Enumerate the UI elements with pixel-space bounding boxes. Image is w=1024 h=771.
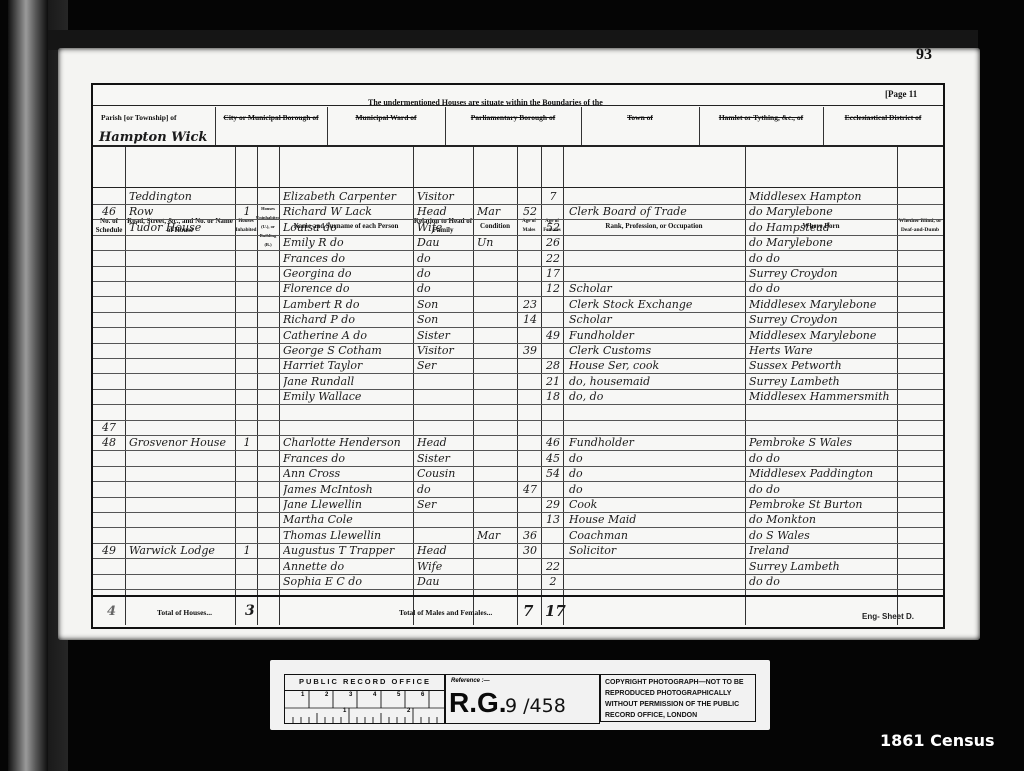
where-born-cell: do Monkton bbox=[749, 512, 895, 527]
condition-cell bbox=[477, 466, 515, 481]
ruler-mark: 3 bbox=[349, 692, 352, 698]
schedule-cell bbox=[95, 297, 123, 312]
age-male-cell bbox=[520, 281, 540, 296]
schedule-cell bbox=[95, 251, 123, 266]
name-cell: Frances do bbox=[283, 451, 411, 466]
age-male-cell bbox=[520, 374, 540, 389]
relation-cell: Wife bbox=[417, 559, 471, 574]
office-name: PUBLIC RECORD OFFICE bbox=[285, 677, 445, 686]
condition-cell bbox=[477, 220, 515, 235]
condition-cell: Mar bbox=[477, 204, 515, 219]
house-cell: Row bbox=[129, 204, 233, 219]
house-cell bbox=[129, 251, 233, 266]
census-row: Frances dodo22do do bbox=[93, 251, 943, 267]
age-female-cell bbox=[544, 543, 562, 558]
inhabited-cell bbox=[239, 328, 255, 343]
house-cell bbox=[129, 266, 233, 281]
condition-cell: Un bbox=[477, 235, 515, 250]
age-female-cell bbox=[544, 482, 562, 497]
relation-cell: Son bbox=[417, 312, 471, 327]
schedule-cell bbox=[95, 466, 123, 481]
name-cell: Harriet Taylor bbox=[283, 358, 411, 373]
house-cell bbox=[129, 328, 233, 343]
age-male-cell bbox=[520, 266, 540, 281]
house-cell bbox=[129, 574, 233, 589]
relation-cell: Head bbox=[417, 435, 471, 450]
condition-cell bbox=[477, 574, 515, 589]
age-male-cell bbox=[520, 420, 540, 435]
house-cell bbox=[129, 389, 233, 404]
relation-cell: Son bbox=[417, 297, 471, 312]
district-headers: Parish [or Township] of Hampton Wick Cit… bbox=[93, 107, 943, 147]
inhabited-cell bbox=[239, 189, 255, 204]
where-born-cell: Pembroke S Wales bbox=[749, 435, 895, 450]
census-row: Richard P doSon14ScholarSurrey Croydon bbox=[93, 312, 943, 328]
schedule-cell bbox=[95, 189, 123, 204]
condition-cell bbox=[477, 389, 515, 404]
where-born-cell: do Marylebone bbox=[749, 204, 895, 219]
census-row: Jane Rundall21do, housemaidSurrey Lambet… bbox=[93, 374, 943, 390]
house-cell: Tudor House bbox=[129, 220, 233, 235]
occupation-cell: Cook bbox=[569, 497, 743, 512]
schedule-cell: 49 bbox=[95, 543, 123, 558]
inhabited-cell bbox=[239, 574, 255, 589]
census-year-label: 1861 Census bbox=[880, 731, 995, 750]
age-male-cell bbox=[520, 189, 540, 204]
reference-card: PUBLIC RECORD OFFICE 12345612 bbox=[270, 660, 770, 730]
total-schedules: 4 bbox=[107, 604, 116, 619]
name-cell: Lambert R do bbox=[283, 297, 411, 312]
schedule-cell bbox=[95, 312, 123, 327]
census-row: Tudor HouseLouisa doWife52do Hampstead bbox=[93, 220, 943, 236]
census-row: James McIntoshdo47dodo do bbox=[93, 482, 943, 498]
age-female-cell bbox=[544, 343, 562, 358]
condition-cell bbox=[477, 266, 515, 281]
age-male-cell bbox=[520, 251, 540, 266]
schedule-cell bbox=[95, 528, 123, 543]
inhabited-cell: 1 bbox=[239, 204, 255, 219]
census-entries: TeddingtonElizabeth CarpenterVisitor7Mid… bbox=[93, 189, 943, 589]
age-female-cell: 12 bbox=[544, 281, 562, 296]
name-cell: George S Cotham bbox=[283, 343, 411, 358]
census-row: Martha Cole13House Maiddo Monkton bbox=[93, 512, 943, 528]
condition-cell bbox=[477, 374, 515, 389]
age-female-cell: 22 bbox=[544, 559, 562, 574]
house-cell bbox=[129, 405, 233, 420]
age-female-cell: 2 bbox=[544, 574, 562, 589]
census-row: TeddingtonElizabeth CarpenterVisitor7Mid… bbox=[93, 189, 943, 205]
inhabited-cell bbox=[239, 528, 255, 543]
age-female-cell: 29 bbox=[544, 497, 562, 512]
where-born-cell bbox=[749, 405, 895, 420]
where-born-cell: do do bbox=[749, 451, 895, 466]
inhabited-cell bbox=[239, 235, 255, 250]
where-born-cell: Surrey Lambeth bbox=[749, 374, 895, 389]
occupation-cell bbox=[569, 220, 743, 235]
district-ecclesiastical: Ecclesiastical District of bbox=[823, 107, 943, 145]
age-male-cell: 47 bbox=[520, 482, 540, 497]
age-female-cell: 52 bbox=[544, 220, 562, 235]
occupation-cell bbox=[569, 266, 743, 281]
ruler-inch-mark: 2 bbox=[407, 708, 410, 714]
age-male-cell bbox=[520, 512, 540, 527]
inhabited-cell bbox=[239, 405, 255, 420]
persons-total-label: Total of Males and Females... bbox=[399, 608, 492, 617]
age-female-cell bbox=[544, 420, 562, 435]
inhabited-cell bbox=[239, 482, 255, 497]
where-born-cell: do Marylebone bbox=[749, 235, 895, 250]
relation-cell: Ser bbox=[417, 358, 471, 373]
age-male-cell bbox=[520, 405, 540, 420]
ruler: 12345612 bbox=[285, 690, 445, 724]
age-female-cell: 7 bbox=[544, 189, 562, 204]
name-cell: Frances do bbox=[283, 251, 411, 266]
age-male-cell bbox=[520, 559, 540, 574]
inhabited-cell bbox=[239, 497, 255, 512]
house-cell bbox=[129, 466, 233, 481]
age-male-cell: 36 bbox=[520, 528, 540, 543]
census-row: Georgina dodo17Surrey Croydon bbox=[93, 266, 943, 282]
census-row: Jane LlewellinSer29CookPembroke St Burto… bbox=[93, 497, 943, 513]
inhabited-cell bbox=[239, 559, 255, 574]
houses-total-label: Total of Houses... bbox=[157, 608, 212, 617]
form-banner: The undermentioned Houses are situate wi… bbox=[93, 85, 943, 106]
where-born-cell: Sussex Petworth bbox=[749, 358, 895, 373]
census-row bbox=[93, 405, 943, 421]
house-cell bbox=[129, 451, 233, 466]
schedule-cell bbox=[95, 281, 123, 296]
condition-cell bbox=[477, 451, 515, 466]
relation-cell: Head bbox=[417, 204, 471, 219]
age-male-cell: 30 bbox=[520, 543, 540, 558]
schedule-cell bbox=[95, 220, 123, 235]
house-cell bbox=[129, 512, 233, 527]
house-cell bbox=[129, 358, 233, 373]
relation-cell: Visitor bbox=[417, 343, 471, 358]
occupation-cell: do bbox=[569, 451, 743, 466]
occupation-cell: Scholar bbox=[569, 312, 743, 327]
inhabited-cell bbox=[239, 297, 255, 312]
census-row: George S CothamVisitor39Clerk CustomsHer… bbox=[93, 343, 943, 359]
where-born-cell: do S Wales bbox=[749, 528, 895, 543]
condition-cell bbox=[477, 559, 515, 574]
parish-value: Hampton Wick bbox=[99, 130, 207, 145]
occupation-cell: do, do bbox=[569, 389, 743, 404]
schedule-cell bbox=[95, 512, 123, 527]
age-female-cell: 28 bbox=[544, 358, 562, 373]
age-male-cell: 14 bbox=[520, 312, 540, 327]
inhabited-cell bbox=[239, 220, 255, 235]
census-row: Ann CrossCousin54doMiddlesex Paddington bbox=[93, 466, 943, 482]
ruler-mark: 5 bbox=[397, 692, 400, 698]
relation-cell: Wife bbox=[417, 220, 471, 235]
totals-row: 4 Total of Houses... 3 Total of Males an… bbox=[93, 595, 943, 627]
house-cell bbox=[129, 374, 233, 389]
schedule-cell bbox=[95, 343, 123, 358]
condition-cell bbox=[477, 281, 515, 296]
relation-cell: Dau bbox=[417, 574, 471, 589]
schedule-cell bbox=[95, 374, 123, 389]
district-parish: Parish [or Township] of Hampton Wick bbox=[93, 107, 216, 145]
schedule-cell bbox=[95, 405, 123, 420]
inhabited-cell bbox=[239, 374, 255, 389]
occupation-cell bbox=[569, 574, 743, 589]
condition-cell bbox=[477, 435, 515, 450]
where-born-cell: do do bbox=[749, 251, 895, 266]
house-cell bbox=[129, 497, 233, 512]
where-born-cell: Middlesex Hampton bbox=[749, 189, 895, 204]
name-cell: Elizabeth Carpenter bbox=[283, 189, 411, 204]
folio-number: 93 bbox=[916, 46, 932, 64]
age-male-cell bbox=[520, 220, 540, 235]
reference-series: R.G. bbox=[449, 687, 507, 719]
relation-cell: do bbox=[417, 266, 471, 281]
relation-cell bbox=[417, 374, 471, 389]
house-cell bbox=[129, 528, 233, 543]
relation-cell bbox=[417, 420, 471, 435]
age-male-cell: 52 bbox=[520, 204, 540, 219]
age-female-cell: 26 bbox=[544, 235, 562, 250]
inhabited-cell: 1 bbox=[239, 435, 255, 450]
name-cell: Martha Cole bbox=[283, 512, 411, 527]
name-cell: Louisa do bbox=[283, 220, 411, 235]
where-born-cell: do do bbox=[749, 482, 895, 497]
census-form: The undermentioned Houses are situate wi… bbox=[91, 83, 945, 629]
occupation-cell: Fundholder bbox=[569, 435, 743, 450]
schedule-cell: 47 bbox=[95, 420, 123, 435]
where-born-cell: Ireland bbox=[749, 543, 895, 558]
relation-cell: Ser bbox=[417, 497, 471, 512]
relation-cell: Sister bbox=[417, 328, 471, 343]
occupation-cell bbox=[569, 251, 743, 266]
sheet-label: Eng- Sheet D. bbox=[862, 612, 914, 621]
census-row: Emily Wallace18do, doMiddlesex Hammersmi… bbox=[93, 389, 943, 405]
name-cell: James McIntosh bbox=[283, 482, 411, 497]
where-born-cell: do Hampstead bbox=[749, 220, 895, 235]
district-hamlet: Hamlet or Tything, &c., of bbox=[699, 107, 824, 145]
census-row: 48Grosvenor House1Charlotte HendersonHea… bbox=[93, 435, 943, 451]
name-cell: Jane Rundall bbox=[283, 374, 411, 389]
copyright-notice: COPYRIGHT PHOTOGRAPH—NOT TO BE REPRODUCE… bbox=[600, 674, 756, 722]
occupation-cell: Scholar bbox=[569, 281, 743, 296]
name-cell: Ann Cross bbox=[283, 466, 411, 481]
age-female-cell: 22 bbox=[544, 251, 562, 266]
age-female-cell: 54 bbox=[544, 466, 562, 481]
age-female-cell: 45 bbox=[544, 451, 562, 466]
schedule-cell bbox=[95, 328, 123, 343]
inhabited-cell bbox=[239, 266, 255, 281]
age-male-cell bbox=[520, 497, 540, 512]
occupation-cell: Clerk Board of Trade bbox=[569, 204, 743, 219]
schedule-cell bbox=[95, 389, 123, 404]
schedule-cell bbox=[95, 358, 123, 373]
house-cell bbox=[129, 312, 233, 327]
inhabited-cell bbox=[239, 312, 255, 327]
condition-cell bbox=[477, 512, 515, 527]
condition-cell bbox=[477, 420, 515, 435]
reference-label: Reference :— bbox=[451, 678, 490, 684]
district-borough: City or Municipal Borough of bbox=[215, 107, 328, 145]
schedule-cell bbox=[95, 451, 123, 466]
census-row: 47 bbox=[93, 420, 943, 436]
condition-cell bbox=[477, 543, 515, 558]
ruler-mark: 2 bbox=[325, 692, 328, 698]
occupation-cell bbox=[569, 189, 743, 204]
inhabited-cell bbox=[239, 451, 255, 466]
condition-cell bbox=[477, 358, 515, 373]
page-label: [Page 11 bbox=[885, 89, 917, 99]
inhabited-cell bbox=[239, 343, 255, 358]
where-born-cell: Surrey Croydon bbox=[749, 266, 895, 281]
census-row: Catherine A doSister49FundholderMiddlese… bbox=[93, 328, 943, 344]
house-cell: Warwick Lodge bbox=[129, 543, 233, 558]
schedule-cell bbox=[95, 497, 123, 512]
relation-cell bbox=[417, 405, 471, 420]
occupation-cell: Clerk Customs bbox=[569, 343, 743, 358]
condition-cell bbox=[477, 343, 515, 358]
age-female-cell: 18 bbox=[544, 389, 562, 404]
relation-cell: do bbox=[417, 251, 471, 266]
where-born-cell: Surrey Croydon bbox=[749, 312, 895, 327]
house-cell: Grosvenor House bbox=[129, 435, 233, 450]
name-cell: Emily R do bbox=[283, 235, 411, 250]
inhabited-cell bbox=[239, 281, 255, 296]
relation-cell: do bbox=[417, 482, 471, 497]
age-male-cell: 23 bbox=[520, 297, 540, 312]
name-cell: Richard P do bbox=[283, 312, 411, 327]
condition-cell bbox=[477, 251, 515, 266]
males-total: 7 bbox=[523, 602, 533, 620]
occupation-cell bbox=[569, 420, 743, 435]
occupation-cell: Coachman bbox=[569, 528, 743, 543]
public-record-office-box: PUBLIC RECORD OFFICE 12345612 bbox=[284, 674, 446, 724]
occupation-cell: do bbox=[569, 482, 743, 497]
film-edge bbox=[8, 0, 48, 771]
where-born-cell: Middlesex Hammersmith bbox=[749, 389, 895, 404]
relation-cell: Sister bbox=[417, 451, 471, 466]
reference-piece: 9 /458 bbox=[505, 695, 566, 717]
column-header-row: No. of Schedule Road, Street, &c., and N… bbox=[93, 145, 943, 188]
reference-box: Reference :— R.G. 9 /458 bbox=[444, 674, 600, 724]
relation-cell bbox=[417, 512, 471, 527]
name-cell: Georgina do bbox=[283, 266, 411, 281]
relation-cell: do bbox=[417, 281, 471, 296]
condition-cell bbox=[477, 297, 515, 312]
house-cell bbox=[129, 297, 233, 312]
name-cell: Richard W Lack bbox=[283, 204, 411, 219]
where-born-cell bbox=[749, 420, 895, 435]
census-row: 49Warwick Lodge1Augustus T TrapperHead30… bbox=[93, 543, 943, 559]
age-female-cell: 49 bbox=[544, 328, 562, 343]
age-female-cell bbox=[544, 204, 562, 219]
relation-cell bbox=[417, 528, 471, 543]
age-female-cell bbox=[544, 297, 562, 312]
condition-cell bbox=[477, 189, 515, 204]
relation-cell: Visitor bbox=[417, 189, 471, 204]
house-cell bbox=[129, 420, 233, 435]
occupation-cell: Clerk Stock Exchange bbox=[569, 297, 743, 312]
where-born-cell: Middlesex Marylebone bbox=[749, 328, 895, 343]
house-cell bbox=[129, 235, 233, 250]
females-total: 17 bbox=[545, 602, 566, 620]
where-born-cell: Herts Ware bbox=[749, 343, 895, 358]
name-cell: Jane Llewellin bbox=[283, 497, 411, 512]
age-female-cell bbox=[544, 528, 562, 543]
inhabited-cell: 1 bbox=[239, 543, 255, 558]
occupation-cell bbox=[569, 405, 743, 420]
inhabited-cell bbox=[239, 420, 255, 435]
name-cell bbox=[283, 420, 411, 435]
age-female-cell: 13 bbox=[544, 512, 562, 527]
ruler-inch-mark: 1 bbox=[343, 708, 346, 714]
census-row: Emily R doDauUn26do Marylebone bbox=[93, 235, 943, 251]
age-female-cell bbox=[544, 312, 562, 327]
occupation-cell bbox=[569, 235, 743, 250]
district-ward: Municipal Ward of bbox=[327, 107, 446, 145]
inhabited-cell bbox=[239, 251, 255, 266]
house-cell: Teddington bbox=[129, 189, 233, 204]
name-cell: Thomas Llewellin bbox=[283, 528, 411, 543]
age-male-cell bbox=[520, 389, 540, 404]
inhabited-cell bbox=[239, 466, 255, 481]
occupation-cell: do, housemaid bbox=[569, 374, 743, 389]
condition-cell bbox=[477, 482, 515, 497]
age-male-cell bbox=[520, 235, 540, 250]
house-cell bbox=[129, 281, 233, 296]
age-female-cell bbox=[544, 405, 562, 420]
age-male-cell: 39 bbox=[520, 343, 540, 358]
age-female-cell: 21 bbox=[544, 374, 562, 389]
ruler-mark: 4 bbox=[373, 692, 376, 698]
age-male-cell bbox=[520, 451, 540, 466]
where-born-cell: Pembroke St Burton bbox=[749, 497, 895, 512]
name-cell: Florence do bbox=[283, 281, 411, 296]
schedule-cell bbox=[95, 482, 123, 497]
census-row: Florence dodo12Scholardo do bbox=[93, 281, 943, 297]
occupation-cell: Solicitor bbox=[569, 543, 743, 558]
age-male-cell bbox=[520, 574, 540, 589]
census-row: 46Row1Richard W LackHeadMar52Clerk Board… bbox=[93, 204, 943, 220]
name-cell bbox=[283, 405, 411, 420]
house-cell bbox=[129, 343, 233, 358]
name-cell: Charlotte Henderson bbox=[283, 435, 411, 450]
house-cell bbox=[129, 482, 233, 497]
frame-top bbox=[48, 30, 978, 50]
schedule-cell: 48 bbox=[95, 435, 123, 450]
houses-total-value: 3 bbox=[245, 603, 255, 619]
name-cell: Annette do bbox=[283, 559, 411, 574]
census-row: Sophia E C doDau2do do bbox=[93, 574, 943, 590]
occupation-cell: House Ser, cook bbox=[569, 358, 743, 373]
relation-cell bbox=[417, 389, 471, 404]
occupation-cell: Fundholder bbox=[569, 328, 743, 343]
schedule-cell bbox=[95, 559, 123, 574]
relation-cell: Head bbox=[417, 543, 471, 558]
condition-cell bbox=[477, 312, 515, 327]
inhabited-cell bbox=[239, 512, 255, 527]
condition-cell bbox=[477, 328, 515, 343]
name-cell: Augustus T Trapper bbox=[283, 543, 411, 558]
age-male-cell bbox=[520, 328, 540, 343]
age-male-cell bbox=[520, 466, 540, 481]
age-male-cell bbox=[520, 358, 540, 373]
where-born-cell: Middlesex Paddington bbox=[749, 466, 895, 481]
census-row: Thomas LlewellinMar36Coachmando S Wales bbox=[93, 528, 943, 544]
occupation-cell: do bbox=[569, 466, 743, 481]
inhabited-cell bbox=[239, 389, 255, 404]
name-cell: Sophia E C do bbox=[283, 574, 411, 589]
ruler-mark: 1 bbox=[301, 692, 304, 698]
